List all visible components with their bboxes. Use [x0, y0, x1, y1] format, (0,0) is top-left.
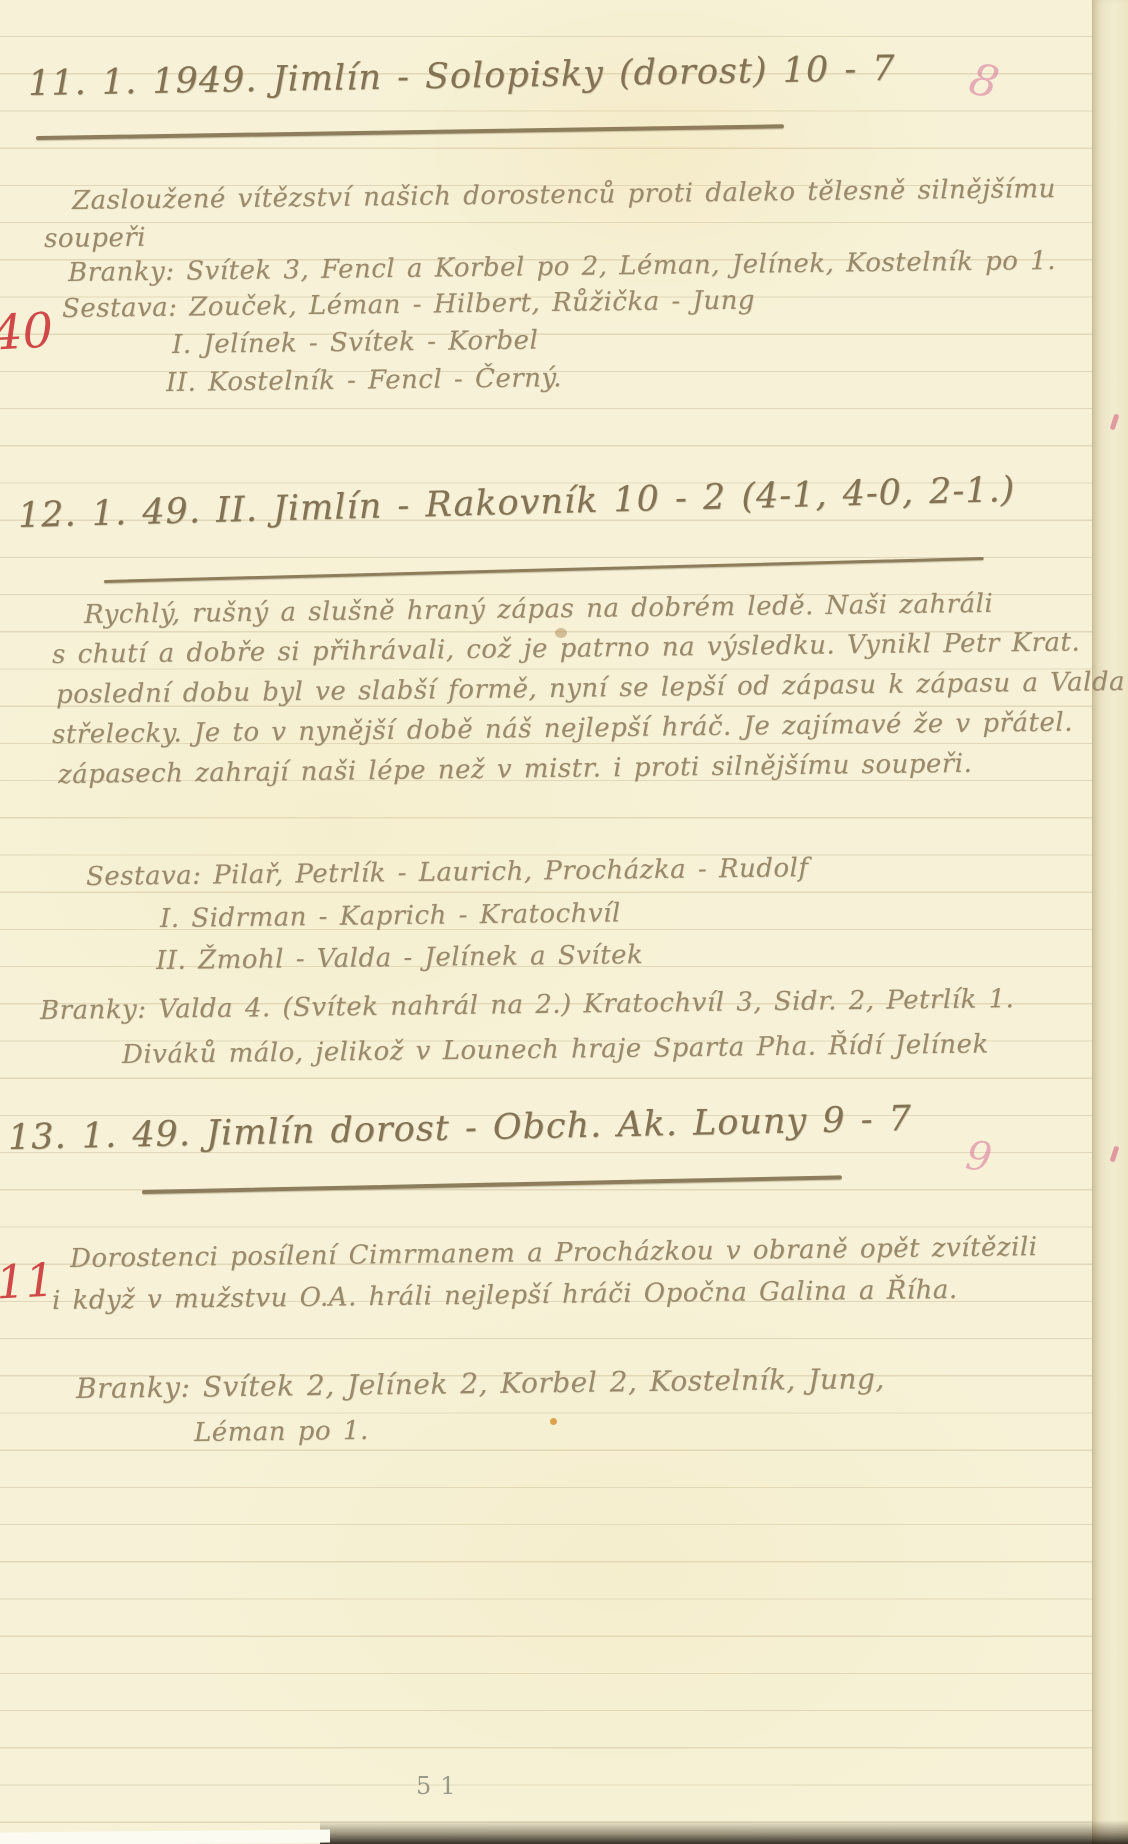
match-report-line: Zasloužené vítězství našich dorostenců p… [72, 174, 1056, 216]
red-margin-number: 11 [0, 1253, 56, 1310]
match-report-line: Dorostenci posílení Cimrmanem a Procházk… [70, 1232, 1038, 1274]
heading-underline [104, 557, 984, 583]
bottom-left-paper-edge [0, 1830, 330, 1844]
heading-underline [142, 1175, 842, 1194]
book-right-edge [1092, 0, 1128, 1844]
page-number: 51 [416, 1772, 465, 1800]
match-report-line: střelecky. Je to v nynější době náš nejl… [52, 708, 1073, 750]
ink-stain [550, 1418, 557, 1425]
match-heading: 11. 1. 1949. Jimlín - Solopisky (dorost)… [28, 49, 896, 104]
match-report-line: zápasech zahrají naši lépe než v mistr. … [58, 749, 973, 790]
side-page-mark: 9 [963, 1132, 995, 1181]
red-margin-number: 40 [0, 302, 55, 361]
lineup-line: Sestava: Zouček, Léman - Hilbert, Růžičk… [62, 286, 755, 324]
match-report-line: i když v mužstvu O.A. hráli nejlepší hrá… [52, 1275, 958, 1316]
match-heading: 13. 1. 49. Jimlín dorost - Obch. Ak. Lou… [8, 1099, 913, 1158]
corner-page-mark: 8 [964, 53, 1004, 109]
goals-line-continued: Léman po 1. [194, 1416, 369, 1448]
match-report-line: poslední dobu byl ve slabší formě, nyní … [56, 667, 1125, 710]
forward-line-2: II. Kostelník - Fencl - Černý. [166, 363, 562, 398]
goals-line: Branky: Svítek 3, Fencl a Korbel po 2, L… [68, 246, 1056, 288]
notebook-page: 8 40 11 9 51 11. 1. 1949. Jimlín - Solop… [0, 0, 1128, 1844]
match-heading: 12. 1. 49. II. Jimlín - Rakovník 10 - 2 … [17, 470, 1015, 536]
goals-line: Branky: Svítek 2, Jelínek 2, Korbel 2, K… [76, 1362, 885, 1405]
match-report-line: Rychlý, rušný a slušně hraný zápas na do… [84, 589, 994, 630]
match-report-line: soupeři [44, 223, 146, 254]
forward-line-2: II. Žmohl - Valda - Jelínek a Svítek [156, 940, 644, 976]
heading-underline [36, 124, 784, 140]
goals-line: Branky: Valda 4. (Svítek nahrál na 2.) K… [40, 984, 1015, 1026]
lineup-line: Sestava: Pilař, Petrlík - Laurich, Proch… [86, 853, 809, 892]
match-report-line: s chutí a dobře si přihrávali, což je pa… [52, 627, 1081, 670]
bottom-scan-shadow [320, 1820, 1128, 1844]
attendance-note: Diváků málo, jelikož v Lounech hraje Spa… [122, 1029, 989, 1070]
forward-line-1: I. Sidrman - Kaprich - Kratochvíl [160, 898, 621, 934]
forward-line-1: I. Jelínek - Svítek - Korbel [172, 326, 539, 360]
